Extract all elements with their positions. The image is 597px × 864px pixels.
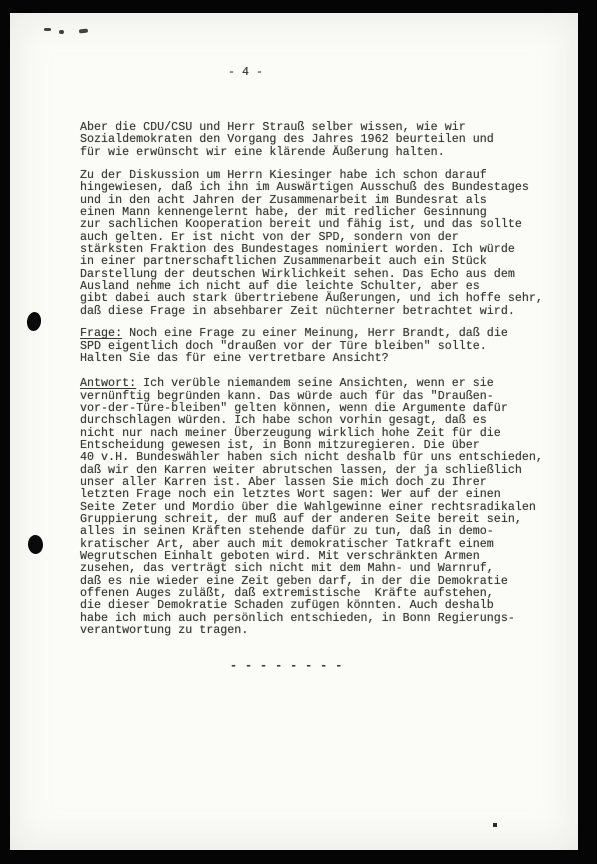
question-text: Noch eine Frage zu einer Meinung, Herr B… bbox=[80, 326, 508, 365]
paper-sheet: - 4 - Aber die CDU/CSU und Herr Strauß s… bbox=[10, 13, 578, 850]
paragraph-kiesinger: Zu der Diskussion um Herrn Kiesinger hab… bbox=[80, 169, 570, 317]
paragraph-intro: Aber die CDU/CSU und Herr Strauß selber … bbox=[80, 121, 570, 158]
smudge-mark bbox=[44, 28, 51, 31]
smudge-mark bbox=[59, 30, 64, 34]
answer-text: Ich verüble niemandem seine Ansichten, w… bbox=[80, 376, 543, 637]
text-column: Aber die CDU/CSU und Herr Strauß selber … bbox=[80, 121, 570, 673]
punch-hole-top bbox=[26, 311, 43, 332]
answer-block: Antwort: Ich verüble niemandem seine Ans… bbox=[80, 377, 570, 636]
smudge-mark bbox=[79, 29, 88, 34]
speck-mark bbox=[493, 823, 497, 827]
question-block: Frage: Noch eine Frage zu einer Meinung,… bbox=[80, 327, 570, 364]
end-separator: - - - - - - - - bbox=[230, 660, 570, 672]
page-number: - 4 - bbox=[228, 66, 263, 78]
punch-hole-bottom bbox=[27, 534, 43, 554]
scanned-document-page: - 4 - Aber die CDU/CSU und Herr Strauß s… bbox=[0, 0, 597, 864]
